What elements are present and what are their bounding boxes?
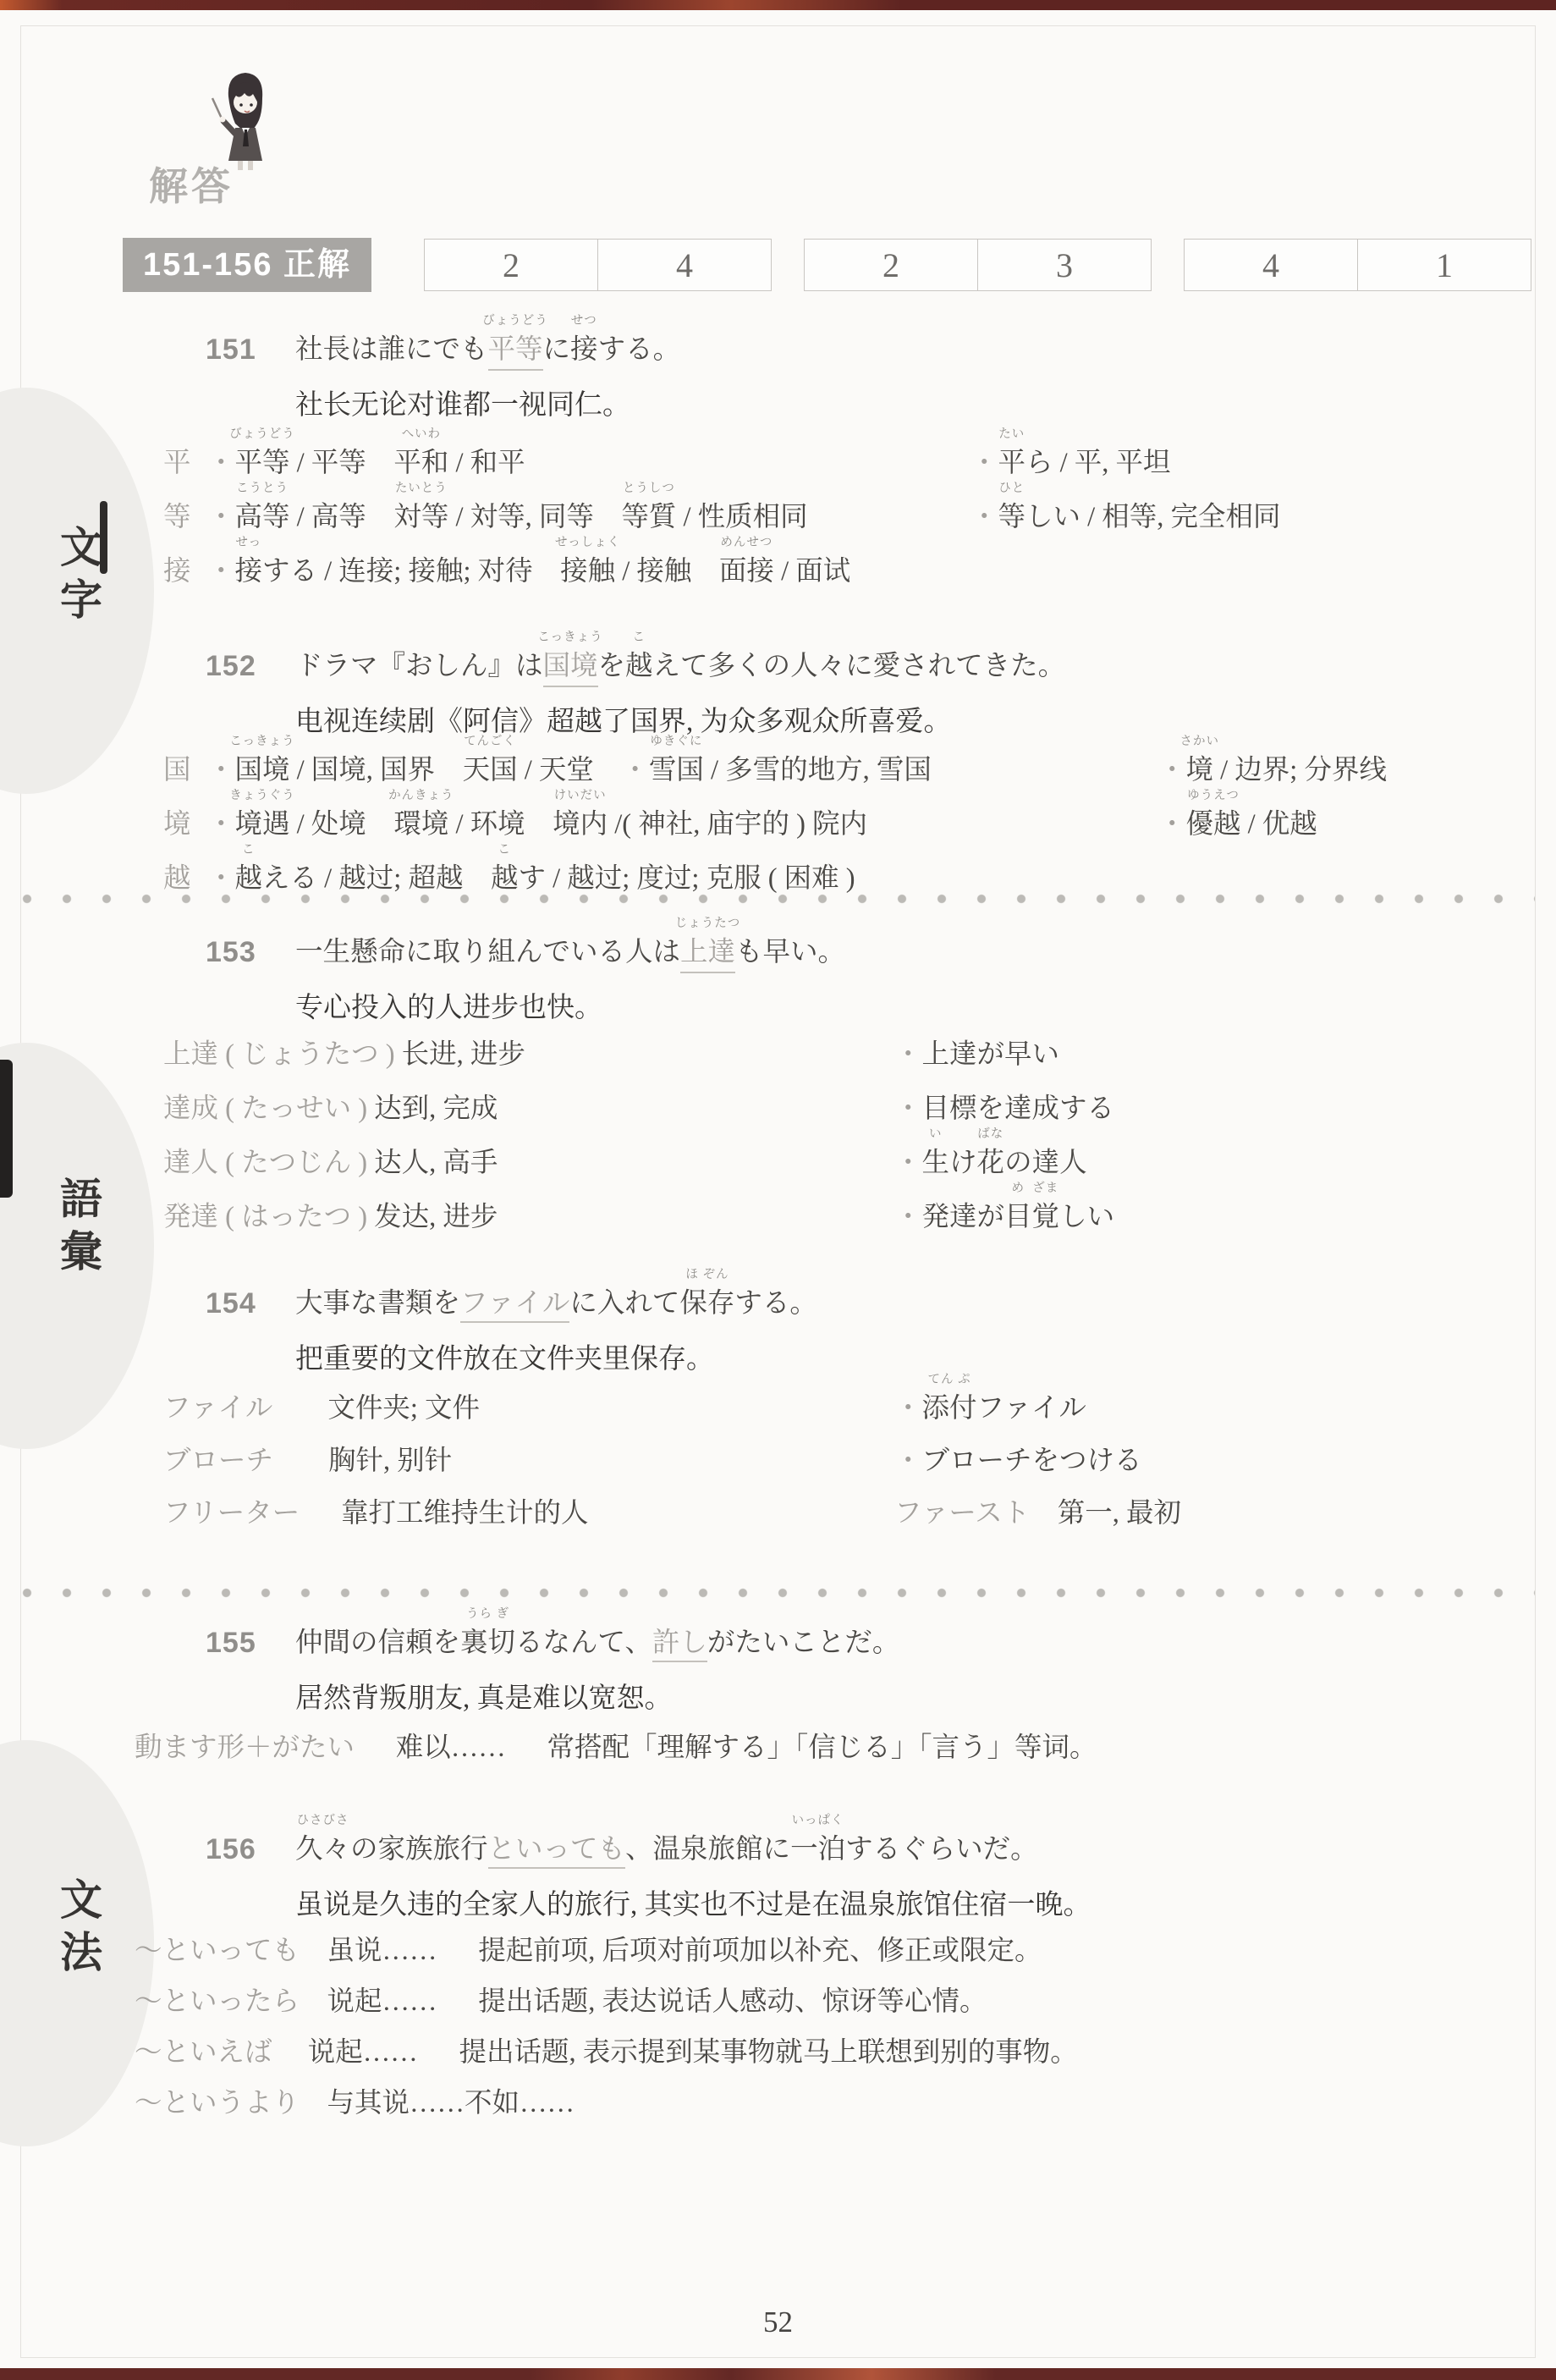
text-line: ドラマ『おしん』は国境こっきょうを越こえて多くの人々に愛されてきた。 <box>295 636 1065 696</box>
sidebar-label-goi: 語彙 <box>47 1176 108 1281</box>
answer-group: 24 <box>424 239 772 291</box>
text-line: 動ます形＋がたい难以……常搭配「理解する」「信じる」「言う」等词。 <box>135 1722 1097 1774</box>
page-number: 52 <box>0 2306 1556 2339</box>
textbook-answer-page: 文字 語彙 文法 解答 151-156 正解 242341 151 社長は誰にで… <box>0 0 1556 2380</box>
text-line: ・発達が目め覚ざましい <box>894 1190 1114 1244</box>
text-line: ・目標を達成する <box>894 1082 1114 1136</box>
question-sentence: ドラマ『おしん』は国境こっきょうを越こえて多くの人々に愛されてきた。 <box>295 636 1065 696</box>
main-column: ・国境こっきょう / 国境, 国界天国てんごく / 天堂・雪国ゆきぐに / 多雪… <box>207 743 932 906</box>
question-number: 154 <box>206 1287 256 1320</box>
text-line: 達人 ( たつじん ) 达人, 高手 <box>163 1136 525 1190</box>
question-number: 155 <box>206 1627 256 1660</box>
text-line: 発達 ( はったつ ) 发达, 进步 <box>163 1190 525 1244</box>
main-column: ～といっても虽说……提起前项, 后项对前项加以补充、修正或限定。～といったら说起… <box>135 1925 1078 2129</box>
scan-artifact <box>0 1060 13 1198</box>
dotted-divider <box>22 1588 1535 1598</box>
main-column: 動ます形＋がたい难以……常搭配「理解する」「信じる」「言う」等词。 <box>135 1722 1097 1774</box>
answer-cell: 2 <box>804 239 978 291</box>
top-print-bar <box>0 0 1556 10</box>
question-translation: 社长无论对谁都一视同仁。 <box>295 386 630 425</box>
question-translation: 居然背叛朋友, 真是难以宽恕。 <box>295 1679 673 1718</box>
sidebar-label-bunpou: 文法 <box>47 1877 108 1982</box>
question-number: 152 <box>206 650 256 683</box>
text-line: フリーター靠打工维持生计的人 <box>163 1487 588 1540</box>
text-line: ～といっても虽说……提起前项, 后项对前项加以补充、修正或限定。 <box>135 1925 1078 1976</box>
text-line: ・添付てん ぷファイル <box>894 1382 1181 1435</box>
text-line: 国 <box>163 743 191 797</box>
answer-cell: 4 <box>598 239 772 291</box>
text-line: ～といえば说起……提出话题, 表示提到某事物就马上联想到别的事物。 <box>135 2027 1078 2078</box>
side-column: ・上達が早い・目標を達成する・生いけ花ばなの達人・発達が目め覚ざましい <box>894 1027 1114 1244</box>
answer-cell: 2 <box>424 239 598 291</box>
kanji-head-column: 平等接 <box>163 436 191 598</box>
answer-groups: 242341 <box>424 239 1531 291</box>
question-number: 153 <box>206 936 256 969</box>
answer-cell: 3 <box>978 239 1152 291</box>
teacher-girl-illustration <box>210 68 281 209</box>
text-line: 平 <box>163 436 191 490</box>
side-column: ・境さかい / 边界; 分界线・優越ゆうえつ / 优越 <box>1158 743 1387 851</box>
text-line: 大事な書類をファイルに入れて保存ほ ぞんする。 <box>295 1274 817 1333</box>
answer-group: 23 <box>804 239 1152 291</box>
dotted-divider <box>22 894 1535 904</box>
answer-strip: 151-156 正解 242341 <box>123 238 1531 292</box>
main-column: 上達 ( じょうたつ ) 长进, 进步達成 ( たっせい ) 达到, 完成達人 … <box>163 1027 525 1244</box>
scan-artifact <box>100 501 107 574</box>
answer-range-badge: 151-156 正解 <box>123 238 371 292</box>
text-line: ・生いけ花ばなの達人 <box>894 1136 1114 1190</box>
text-line: 一生懸命に取り組んでいる人は上達じょうたつも早い。 <box>295 923 845 982</box>
question-translation: 专心投入的人进步也快。 <box>295 989 602 1027</box>
answer-cell: 1 <box>1358 239 1531 291</box>
text-line: ファイル文件夹; 文件 <box>163 1382 588 1435</box>
text-line: ・平等びょうどう / 平等平和へいわ / 和平 <box>207 436 850 490</box>
answer-cell: 4 <box>1184 239 1358 291</box>
text-line: 達成 ( たっせい ) 达到, 完成 <box>163 1082 525 1136</box>
text-line: 上達 ( じょうたつ ) 长进, 进步 <box>163 1027 525 1082</box>
teacher-girl-icon <box>210 68 281 205</box>
text-line: 接 <box>163 544 191 598</box>
text-line: 境 <box>163 797 191 851</box>
side-column: ・平たいら / 平, 平坦・等ひとしい / 相等, 完全相同 <box>970 436 1281 544</box>
text-line: ファースト第一, 最初 <box>894 1487 1181 1540</box>
main-column: ファイル文件夹; 文件ブローチ胸针, 别针フリーター靠打工维持生计的人 <box>163 1382 588 1540</box>
kanji-head-column: 国境越 <box>163 743 191 906</box>
text-line: 仲間の信頼を裏切うら ぎるなんて、許しがたいことだ。 <box>295 1613 899 1672</box>
text-line: ～といったら说起……提出话题, 表达说话人感动、惊讶等心情。 <box>135 1976 1078 2027</box>
text-line: ブローチ胸针, 别针 <box>163 1435 588 1487</box>
main-column: ・平等びょうどう / 平等平和へいわ / 和平・高等こうとう / 高等対等たいと… <box>207 436 850 598</box>
bottom-print-bar <box>0 2368 1556 2380</box>
question-sentence: 社長は誰にでも平等びょうどうに接せつする。 <box>295 320 680 379</box>
text-line: ・等ひとしい / 相等, 完全相同 <box>970 490 1281 544</box>
text-line: 久々ひさびさの家族旅行といっても、温泉旅館に一泊いっぱくするぐらいだ。 <box>295 1820 1038 1879</box>
question-sentence: 久々ひさびさの家族旅行といっても、温泉旅館に一泊いっぱくするぐらいだ。 <box>295 1820 1038 1879</box>
question-number: 156 <box>206 1833 256 1866</box>
question-translation: 电视连续剧《阿信》超越了国界, 为众多观众所喜爱。 <box>295 702 952 741</box>
text-line: ・優越ゆうえつ / 优越 <box>1158 797 1387 851</box>
text-line: ～というより与其说……不如…… <box>135 2078 1078 2129</box>
text-line: ・ブローチをつける <box>894 1435 1181 1487</box>
answer-group: 41 <box>1184 239 1531 291</box>
question-sentence: 大事な書類をファイルに入れて保存ほ ぞんする。 <box>295 1274 817 1333</box>
text-line: 社長は誰にでも平等びょうどうに接せつする。 <box>295 320 680 379</box>
text-line: 等 <box>163 490 191 544</box>
question-translation: 把重要的文件放在文件夹里保存。 <box>295 1340 714 1379</box>
text-line: ・境遇きょうぐう / 处境環境かんきょう / 环境境内けいだい /( 神社, 庙… <box>207 797 932 851</box>
question-number: 151 <box>206 333 256 366</box>
text-line: ・接せっする / 连接; 接触; 对待接触せっしょく / 接触面接めんせつ / … <box>207 544 850 598</box>
question-sentence: 一生懸命に取り組んでいる人は上達じょうたつも早い。 <box>295 923 845 982</box>
question-sentence: 仲間の信頼を裏切うら ぎるなんて、許しがたいことだ。 <box>295 1613 899 1672</box>
side-column: ・添付てん ぷファイル・ブローチをつけるファースト第一, 最初 <box>894 1382 1181 1540</box>
text-line: ・上達が早い <box>894 1027 1114 1082</box>
question-translation: 虽说是久违的全家人的旅行, 其实也不过是在温泉旅馆住宿一晚。 <box>295 1886 1091 1925</box>
